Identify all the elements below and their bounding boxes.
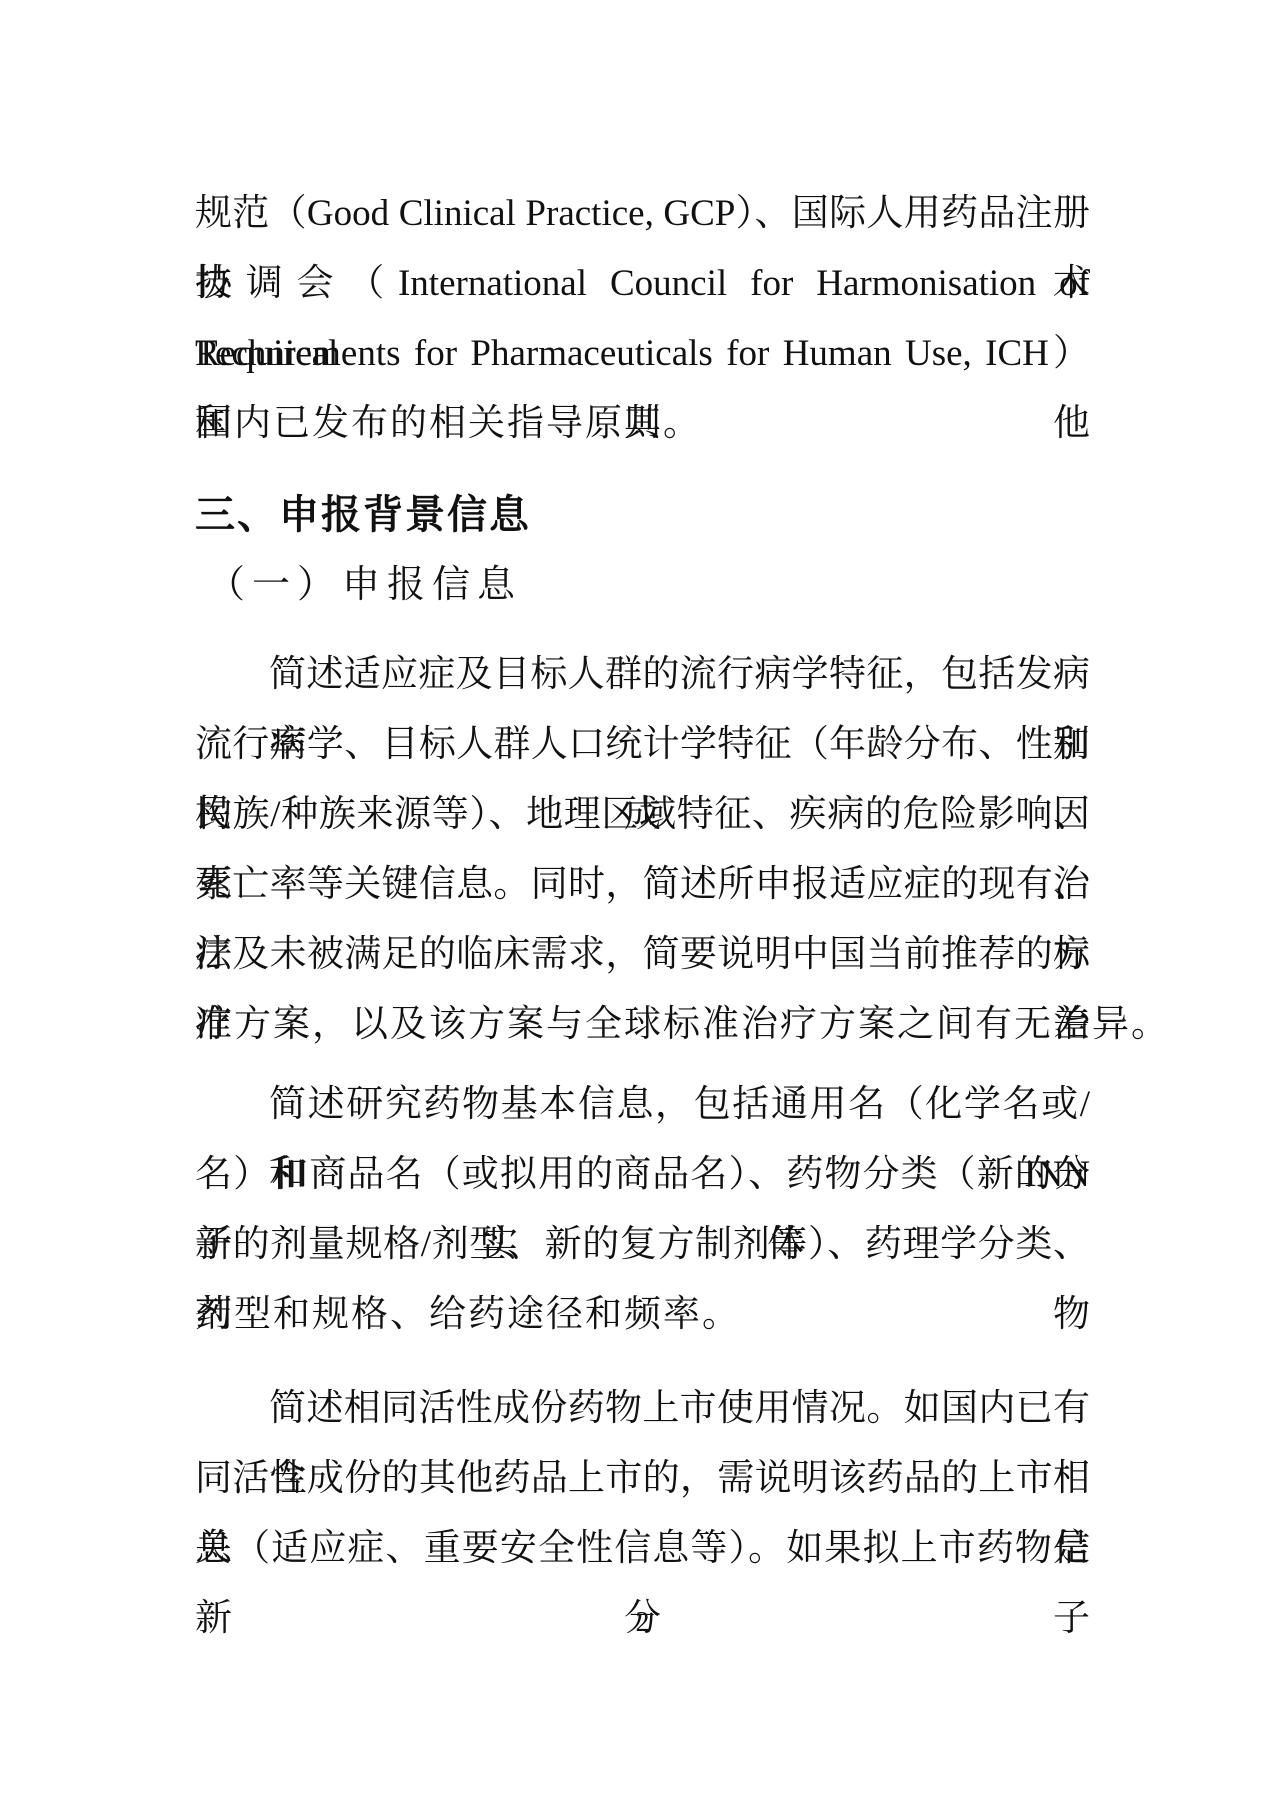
paragraph-line: 简述适应症及目标人群的流行病学特征，包括发病率和 [195,640,1090,710]
paragraph-line: 名）和商品名（或拟用的商品名）、药物分类（新的分子实体、 [195,1140,1090,1210]
spacer [195,620,1090,640]
page-number: 2 [195,1603,1090,1643]
paragraph-line: 法及未被满足的临床需求，简要说明中国当前推荐的标准治 [195,920,1090,990]
subsection-heading: （一）申报信息 [195,550,1090,620]
paragraph-line: 简述相同活性成份药物上市使用情况。如国内已有含相 [195,1374,1090,1444]
paragraph-line: 同活性成份的其他药品上市的，需说明该药品的上市相关信 [195,1444,1090,1514]
paragraph-gcp-ich: 规范（Good Clinical Practice, GCP）、国际人用药品注册… [195,179,1090,459]
paragraph-line: 规范（Good Clinical Practice, GCP）、国际人用药品注册… [195,179,1090,249]
paragraph-line: 民族/种族来源等）、地理区域特征、疾病的危险影响因素、 [195,780,1090,850]
paragraph-line: 息（适应症、重要安全性信息等）。如果拟上市药物是新分子 [195,1514,1090,1584]
paragraph-drug-basic-info: 简述研究药物基本信息，包括通用名（化学名或/和 INN 名）和商品名（或拟用的商… [195,1070,1090,1350]
paragraph-epidemiology: 简述适应症及目标人群的流行病学特征，包括发病率和 流行病学、目标人群人口统计学特… [195,640,1090,1060]
paragraph-line: 协调会（International Council for Harmonisat… [195,249,1090,319]
document-page: 规范（Good Clinical Practice, GCP）、国际人用药品注册… [0,0,1280,1810]
text-column: 规范（Good Clinical Practice, GCP）、国际人用药品注册… [195,179,1090,1584]
section-heading: 三、申报背景信息 [195,480,1090,550]
paragraph-line: 流行病学、目标人群人口统计学特征（年龄分布、性别构成、 [195,710,1090,780]
spacer [195,1060,1090,1070]
paragraph-line: 简述研究药物基本信息，包括通用名（化学名或/和 INN [195,1070,1090,1140]
paragraph-same-active-ingredient: 简述相同活性成份药物上市使用情况。如国内已有含相 同活性成份的其他药品上市的，需… [195,1374,1090,1584]
paragraph-line: 死亡率等关键信息。同时，简述所申报适应症的现有治疗方 [195,850,1090,920]
paragraph-line: 疗方案，以及该方案与全球标准治疗方案之间有无差异。 [195,990,1090,1060]
paragraph-line: 新的剂量规格/剂型、新的复方制剂等）、药理学分类、药物 [195,1210,1090,1280]
spacer [195,1350,1090,1374]
paragraph-line: Requirements for Pharmaceuticals for Hum… [195,319,1090,389]
